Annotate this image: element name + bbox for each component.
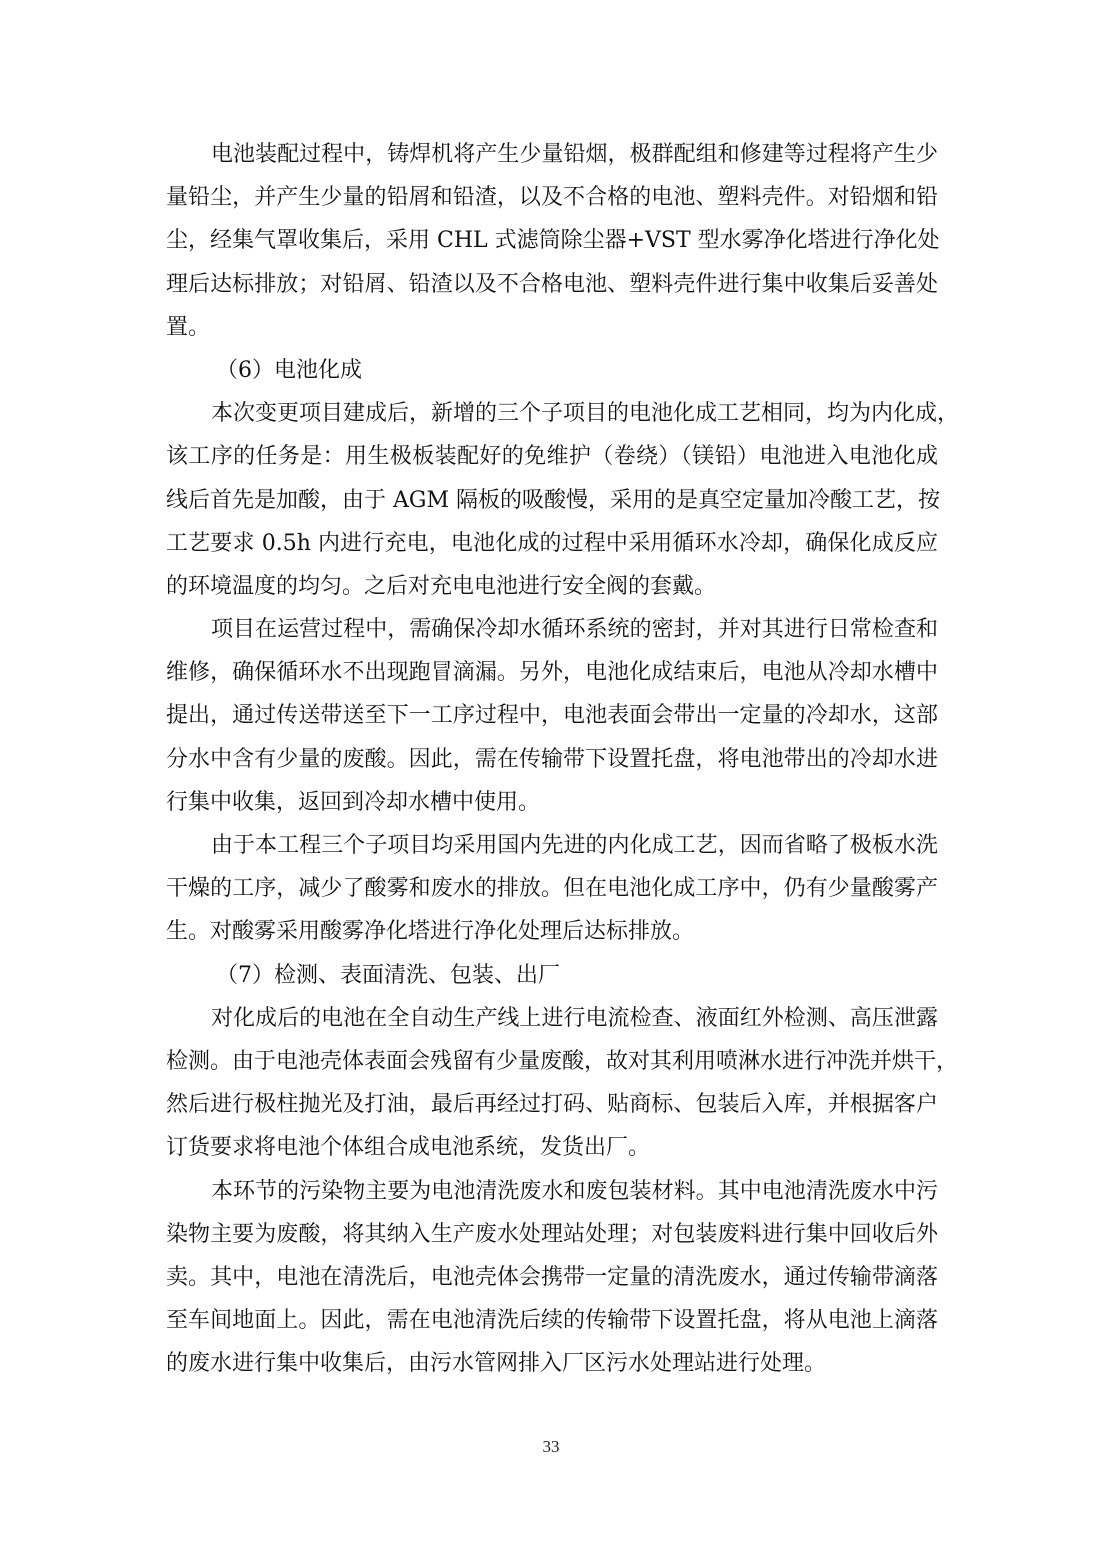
paragraph-cooling-water: 项目在运营过程中，需确保冷却水循环系统的密封，并对其进行日常检查和 维修，确保循… <box>166 608 938 824</box>
paragraph-acid-mist: 由于本工程三个子项目均采用国内先进的内化成工艺，因而省略了极板水洗 干燥的工序，… <box>166 824 938 954</box>
paragraph-formation-process: 本次变更项目建成后，新增的三个子项目的电池化成工艺相同，均为内化成， 该工序的任… <box>166 392 938 608</box>
text-line: 置。 <box>166 306 938 349</box>
heading-text: （7）检测、表面清洗、包装、出厂 <box>166 954 938 997</box>
text-line: 分水中含有少量的废酸。因此，需在传输带下设置托盘，将电池带出的冷却水进 <box>166 738 938 781</box>
text-line: 的废水进行集中收集后，由污水管网排入厂区污水处理站进行处理。 <box>166 1342 938 1385</box>
text-line: 线后首先是加酸，由于 AGM 隔板的吸酸慢，采用的是真空定量加冷酸工艺，按 <box>166 479 938 522</box>
document-body: 电池装配过程中，铸焊机将产生少量铅烟，极群配组和修建等过程将产生少 量铅尘，并产… <box>166 133 938 1385</box>
text-line: 卖。其中，电池在清洗后，电池壳体会携带一定量的清洗废水，通过传输带滴落 <box>166 1256 938 1299</box>
text-line: 然后进行极柱抛光及打油，最后再经过打码、贴商标、包装后入库，并根据客户 <box>166 1083 938 1126</box>
paragraph-pollutants: 本环节的污染物主要为电池清洗废水和废包装材料。其中电池清洗废水中污 染物主要为废… <box>166 1170 938 1386</box>
text-line: 本次变更项目建成后，新增的三个子项目的电池化成工艺相同，均为内化成， <box>166 392 938 435</box>
text-line: 项目在运营过程中，需确保冷却水循环系统的密封，并对其进行日常检查和 <box>166 608 938 651</box>
paragraph-inspection: 对化成后的电池在全自动生产线上进行电流检查、液面红外检测、高压泄露 检测。由于电… <box>166 997 938 1170</box>
text-line: 维修，确保循环水不出现跑冒滴漏。另外，电池化成结束后，电池从冷却水槽中 <box>166 651 938 694</box>
section-heading-inspection-packaging: （7）检测、表面清洗、包装、出厂 <box>166 954 938 997</box>
text-line: 生。对酸雾采用酸雾净化塔进行净化处理后达标排放。 <box>166 910 938 953</box>
heading-text: （6）电池化成 <box>166 349 938 392</box>
text-line: 理后达标排放；对铅屑、铅渣以及不合格电池、塑料壳件进行集中收集后妥善处 <box>166 263 938 306</box>
text-line: 电池装配过程中，铸焊机将产生少量铅烟，极群配组和修建等过程将产生少 <box>166 133 938 176</box>
text-line: 染物主要为废酸，将其纳入生产废水处理站处理；对包装废料进行集中回收后外 <box>166 1213 938 1256</box>
text-line: 的环境温度的均匀。之后对充电电池进行安全阀的套戴。 <box>166 565 938 608</box>
text-line: 对化成后的电池在全自动生产线上进行电流检查、液面红外检测、高压泄露 <box>166 997 938 1040</box>
document-page: 电池装配过程中，铸焊机将产生少量铅烟，极群配组和修建等过程将产生少 量铅尘，并产… <box>0 0 1102 1559</box>
section-heading-battery-formation: （6）电池化成 <box>166 349 938 392</box>
paragraph-battery-assembly: 电池装配过程中，铸焊机将产生少量铅烟，极群配组和修建等过程将产生少 量铅尘，并产… <box>166 133 938 349</box>
text-line: 量铅尘，并产生少量的铅屑和铅渣，以及不合格的电池、塑料壳件。对铅烟和铅 <box>166 176 938 219</box>
text-line: 订货要求将电池个体组合成电池系统，发货出厂。 <box>166 1126 938 1169</box>
page-number: 33 <box>0 1437 1102 1457</box>
text-line: 提出，通过传送带送至下一工序过程中，电池表面会带出一定量的冷却水，这部 <box>166 694 938 737</box>
text-line: 工艺要求 0.5h 内进行充电，电池化成的过程中采用循环水冷却，确保化成反应 <box>166 522 938 565</box>
text-line: 由于本工程三个子项目均采用国内先进的内化成工艺，因而省略了极板水洗 <box>166 824 938 867</box>
text-line: 该工序的任务是：用生极板装配好的免维护（卷绕）（镁铅）电池进入电池化成 <box>166 435 938 478</box>
text-line: 至车间地面上。因此，需在电池清洗后续的传输带下设置托盘，将从电池上滴落 <box>166 1299 938 1342</box>
text-line: 干燥的工序，减少了酸雾和废水的排放。但在电池化成工序中，仍有少量酸雾产 <box>166 867 938 910</box>
text-line: 行集中收集，返回到冷却水槽中使用。 <box>166 781 938 824</box>
text-line: 检测。由于电池壳体表面会残留有少量废酸，故对其利用喷淋水进行冲洗并烘干， <box>166 1040 938 1083</box>
text-line: 本环节的污染物主要为电池清洗废水和废包装材料。其中电池清洗废水中污 <box>166 1170 938 1213</box>
text-line: 尘，经集气罩收集后，采用 CHL 式滤筒除尘器+VST 型水雾净化塔进行净化处 <box>166 219 938 262</box>
